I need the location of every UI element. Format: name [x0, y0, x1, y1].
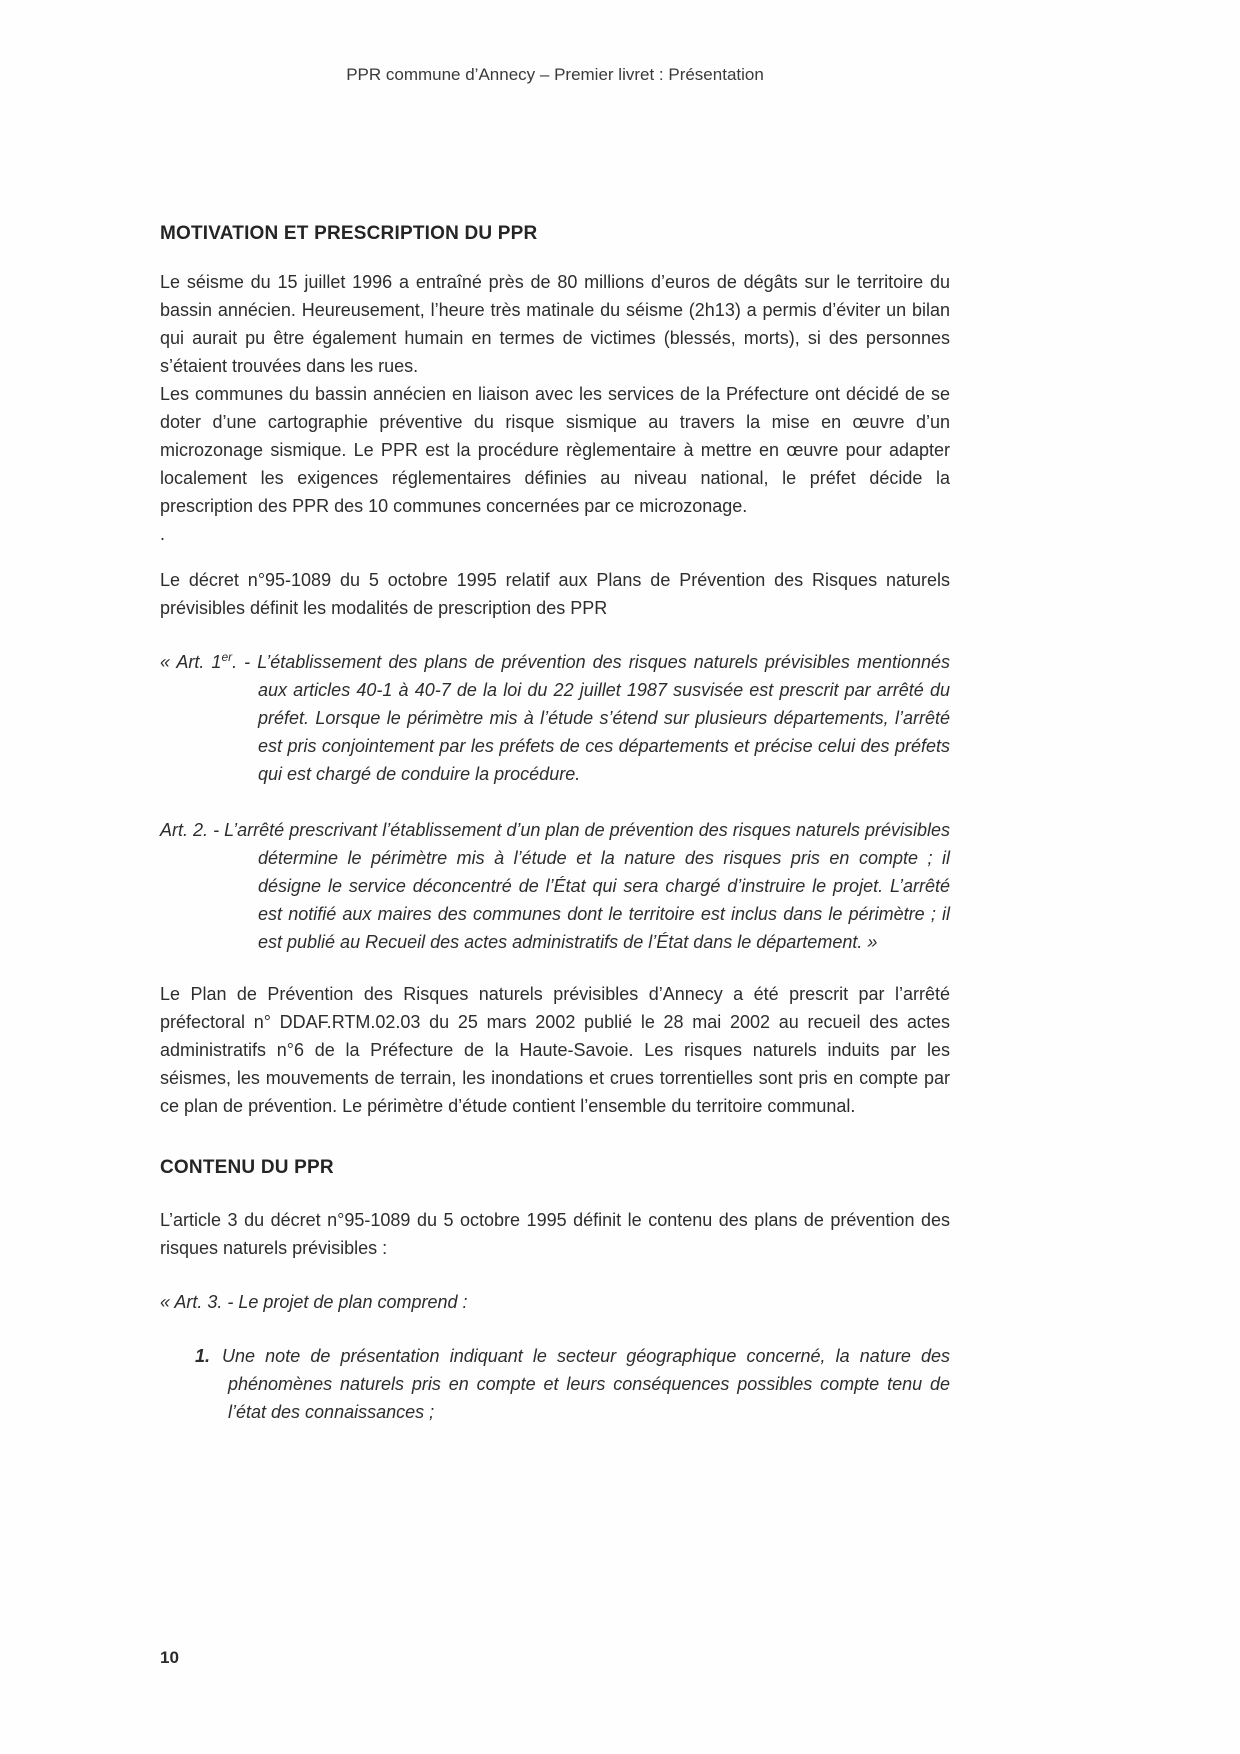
paragraph-seisme: Le séisme du 15 juillet 1996 a entraîné …: [160, 268, 950, 380]
article-3-quote: « Art. 3. - Le projet de plan comprend :: [160, 1288, 950, 1316]
article-1-quote: « Art. 1er. - L’établissement des plans …: [160, 648, 950, 788]
paragraph-decret: Le décret n°95-1089 du 5 octobre 1995 re…: [160, 566, 950, 622]
document-page: PPR commune d’Annecy – Premier livret : …: [0, 0, 1240, 1754]
stray-period: .: [160, 520, 950, 548]
text-column: PPR commune d’Annecy – Premier livret : …: [160, 0, 950, 1426]
article-1-prefix: « Art. 1: [160, 652, 221, 672]
running-header: PPR commune d’Annecy – Premier livret : …: [160, 64, 950, 86]
section-title-contenu: CONTENU DU PPR: [160, 1156, 950, 1180]
paragraph-plan-prescrit: Le Plan de Prévention des Risques nature…: [160, 980, 950, 1120]
list-item-1-text: Une note de présentation indiquant le se…: [222, 1346, 950, 1422]
list-item-1: 1.Une note de présentation indiquant le …: [160, 1342, 950, 1426]
article-2-quote: Art. 2. - L’arrêté prescrivant l’établis…: [160, 816, 950, 956]
paragraph-article3-intro: L’article 3 du décret n°95-1089 du 5 oct…: [160, 1206, 950, 1262]
list-item-1-number: 1.: [195, 1346, 222, 1366]
paragraph-communes: Les communes du bassin annécien en liais…: [160, 380, 950, 520]
article-1-body: . - L’établissement des plans de prévent…: [232, 652, 950, 784]
section-title-motivation: MOTIVATION ET PRESCRIPTION DU PPR: [160, 222, 950, 246]
article-1-superscript: er: [221, 650, 232, 664]
page-number: 10: [160, 1648, 179, 1668]
